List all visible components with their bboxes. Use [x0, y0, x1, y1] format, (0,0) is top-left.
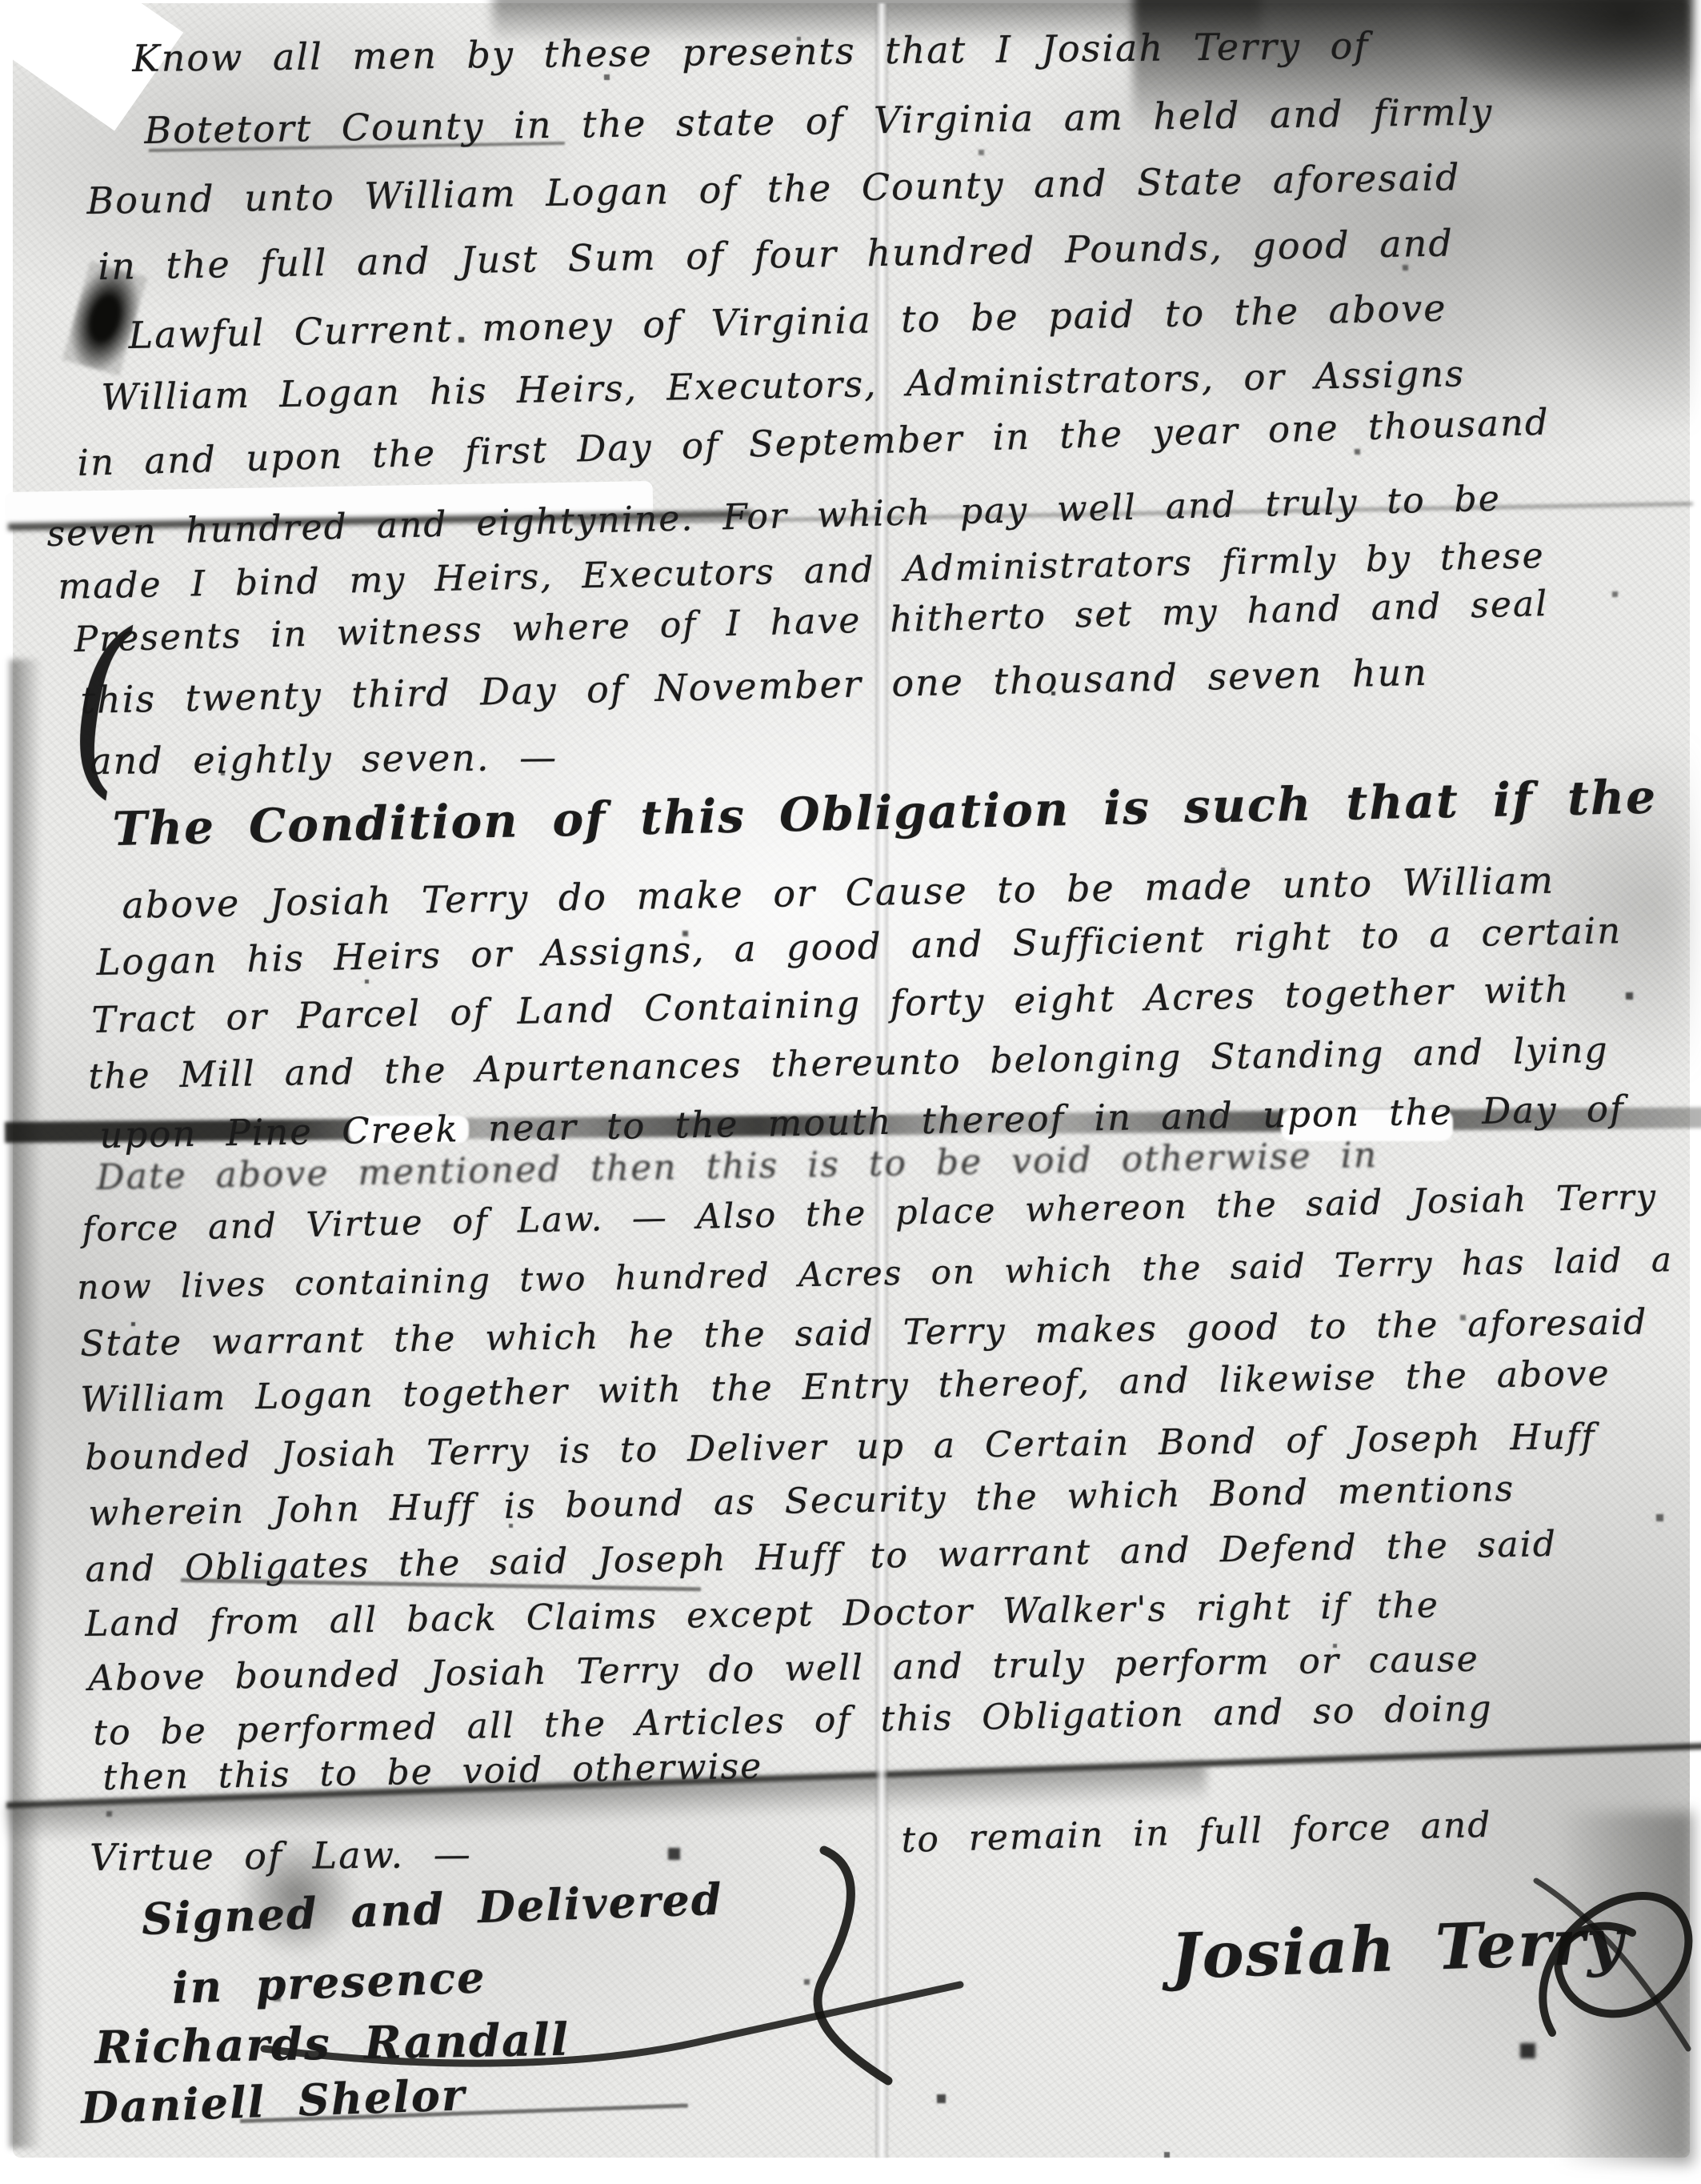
right-edge-shading [1501, 99, 1693, 435]
left-edge-shading [10, 659, 42, 2148]
ink-speckles [13, 3, 14, 4]
scanned-document: Know all men by these presents that I Jo… [0, 0, 1701, 2184]
witness-signature: Richards Randall [94, 2014, 570, 2074]
manuscript-line: and eightly seven. — [90, 735, 558, 783]
seal-flourish [1504, 1857, 1701, 2065]
margin-bracket: ( [70, 592, 132, 816]
manuscript-line: Virtue of Law. — [90, 1833, 472, 1879]
